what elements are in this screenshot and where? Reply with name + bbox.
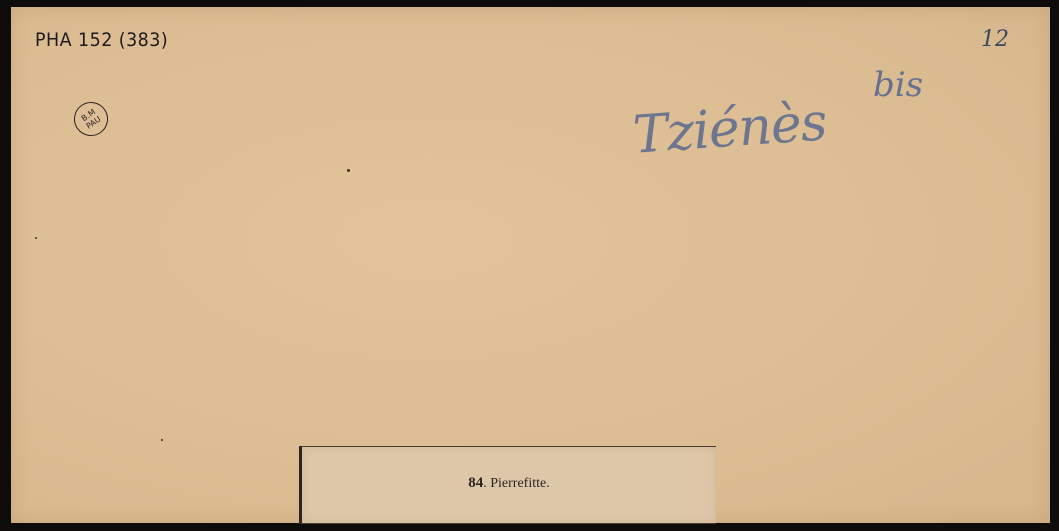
- library-stamp-icon: B.M PAU: [67, 95, 114, 142]
- page-number: 12: [981, 27, 1009, 52]
- speck: [161, 439, 163, 441]
- shelfmark: PHA 152 (383): [35, 29, 168, 51]
- speck: [347, 169, 350, 172]
- speck: [35, 237, 37, 239]
- handwritten-suffix: bis: [873, 65, 923, 105]
- label-separator: .: [483, 476, 487, 491]
- label-number: 84: [468, 475, 483, 491]
- handwritten-name: Tziénès: [631, 92, 828, 165]
- label-text: 84. Pierrefitte.: [302, 475, 716, 492]
- label-place: Pierrefitte.: [490, 476, 549, 491]
- archival-card: PHA 152 (383) 12 B.M PAU Tziénès bis 84.…: [11, 7, 1050, 523]
- printed-label: 84. Pierrefitte.: [299, 446, 716, 524]
